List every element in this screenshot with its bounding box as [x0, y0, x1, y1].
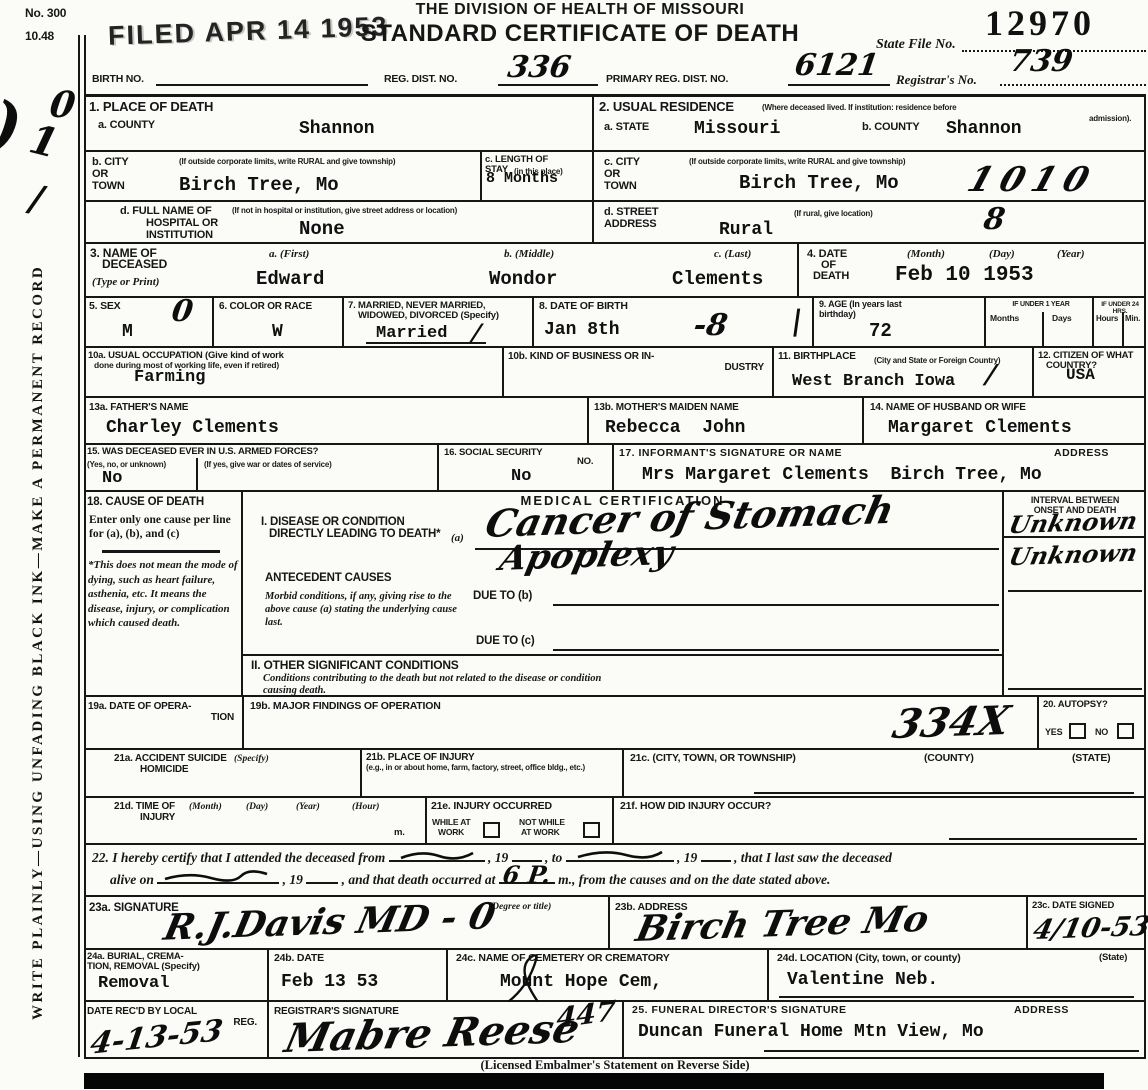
field-12-citizenship: 12. CITIZEN OF WHAT COUNTRY? USA: [1034, 348, 1146, 396]
burial-location-label: 24d. LOCATION (City, town, or county): [777, 953, 961, 965]
row-occupation-birthplace: 10a. USUAL OCCUPATION (Give kind of work…: [84, 348, 1144, 398]
funeral-director-line: [764, 1050, 1139, 1052]
autopsy-no-label: NO: [1095, 727, 1108, 737]
injury-month-label: (Month): [189, 802, 222, 814]
stay-value: 8 Months: [486, 170, 558, 187]
birth-no-label: BIRTH NO.: [92, 74, 144, 86]
certify-blank6: [306, 882, 338, 884]
primary-reg-dist-label: PRIMARY REG. DIST. NO.: [606, 74, 728, 86]
morbid-note: Morbid conditions, if any, giving rise t…: [265, 590, 477, 629]
row-forces-ssn-informant: 15. WAS DECEASED EVER IN U.S. ARMED FORC…: [84, 445, 1144, 492]
ssn-label2: NO.: [577, 457, 593, 467]
row-registrar: DATE REC'D BY LOCAL REG. 4-13-53 REGISTR…: [84, 1002, 1144, 1057]
field-21c-city-county-state: 21c. (CITY, TOWN, OR TOWNSHIP) (COUNTY) …: [624, 750, 1146, 796]
state-file-no-label: State File No.: [876, 36, 956, 54]
citizen-value: USA: [1066, 366, 1095, 384]
cause-instruction2: *This does not mean the mode of dying, s…: [88, 558, 238, 631]
city-label: b. CITY OR TOWN: [92, 156, 140, 192]
city-note: (If outside corporate limits, write RURA…: [179, 157, 429, 166]
burial-location-value: Valentine Neb.: [787, 970, 938, 990]
other-conditions-divider: [243, 654, 1002, 656]
dob-value: Jan 8th: [544, 320, 620, 340]
row-medical-certification: 18. CAUSE OF DEATH Enter only one cause …: [84, 492, 1144, 697]
dob-pen-stroke: |: [790, 304, 805, 337]
row-place-residence-top: 1. PLACE OF DEATH a. COUNTY Shannon 2. U…: [84, 97, 1144, 152]
field-5-sex: 5. SEX 0 M: [84, 298, 214, 346]
race-value: W: [272, 322, 283, 342]
row-physician-signature: 23a. SIGNATURE (Degree or title) R.J.Dav…: [84, 897, 1144, 950]
birthplace-value: West Branch Iowa: [792, 372, 955, 391]
field-2d-street: d. STREET ADDRESS (If rural, give locati…: [594, 202, 1146, 242]
usual-residence-note: (Where deceased lived. If institution: r…: [762, 103, 956, 112]
dod-year-label: (Year): [1057, 248, 1085, 262]
certify-text8: , and that death occurred at: [342, 872, 496, 887]
middle-name-value: Wondor: [489, 268, 557, 290]
interval-value2: Unknown: [1006, 538, 1140, 571]
marital-value: Married: [376, 324, 447, 343]
field-15-armed-forces: 15. WAS DECEASED EVER IN U.S. ARMED FORC…: [84, 445, 439, 490]
while-at-work-label2: WORK: [438, 828, 464, 838]
middle-name-label: b. (Middle): [504, 248, 554, 262]
due-to-c-line: [553, 649, 999, 651]
state-label: a. STATE: [604, 121, 649, 133]
certify-blank4: [701, 860, 731, 862]
marital-underline: [366, 342, 486, 344]
field-19a-date-of-operation: 19a. DATE OF OPERA- TION: [84, 697, 244, 748]
findings-label: 19b. MAJOR FINDINGS OF OPERATION: [250, 701, 441, 713]
certify-time-handwritten: 6 P.: [501, 860, 553, 889]
injury-city-line: [754, 792, 1134, 794]
field-13b-mother: 13b. MOTHER'S MAIDEN NAME Rebecca John: [589, 398, 864, 443]
certify-text5: , that I last saw the deceased: [734, 850, 892, 865]
field-22-certification: 22. I hereby certify that I attended the…: [84, 845, 1146, 895]
date-signed-handwritten: 4/10-53: [1030, 911, 1148, 946]
field-23c-date-signed: 23c. DATE SIGNED 4/10-53: [1028, 897, 1146, 948]
field-1d-hospital: d. FULL NAME OF HOSPITAL OR INSTITUTION …: [84, 202, 594, 242]
industry-label2: DUSTRY: [724, 362, 764, 373]
cause-instruction1: Enter only one cause per line for (a), (…: [89, 513, 237, 542]
residence-county-label: b. COUNTY: [862, 121, 919, 133]
field-24d-location: 24d. LOCATION (City, town, or county) (S…: [769, 950, 1146, 1000]
field-24a-burial: 24a. BURIAL, CREMA- TION, REMOVAL (Speci…: [84, 950, 269, 1000]
form-revision: 10.48: [25, 30, 54, 43]
due-to-b-label: DUE TO (b): [473, 590, 532, 603]
birthplace-label: 11. BIRTHPLACE: [778, 351, 856, 362]
age-hours-label: Hours: [1096, 314, 1118, 323]
signature-degree-note: (Degree or title): [489, 902, 551, 914]
age-under1-label: IF UNDER 1 YEAR: [988, 301, 1094, 309]
field-16-ssn: 16. SOCIAL SECURITY NO. No: [439, 445, 614, 490]
field-18-cause-instructions: 18. CAUSE OF DEATH Enter only one cause …: [84, 492, 243, 695]
field-21f-how-injury: 21f. HOW DID INJURY OCCUR?: [614, 798, 1146, 843]
pen-squiggle: [574, 848, 666, 862]
certify-blank1: [389, 860, 485, 862]
cause-of-death-handwritten2: Apoplexy: [496, 533, 677, 579]
reg-dist-label: REG. DIST. NO.: [384, 74, 457, 86]
field-13a-father: 13a. FATHER'S NAME Charley Clements: [84, 398, 589, 443]
date-signed-label: 23c. DATE SIGNED: [1032, 901, 1114, 911]
dob-pen-mark: -8: [692, 308, 730, 343]
primary-reg-dist-number: 6121: [793, 48, 881, 83]
field-3-name-of-deceased: 3. NAME OF DECEASED (Type or Print) a. (…: [84, 244, 799, 296]
accident-label: 21a. ACCIDENT SUICIDE HOMICIDE: [114, 753, 240, 775]
ssn-label1: 16. SOCIAL SECURITY: [444, 448, 542, 458]
age-min-label: Min.: [1125, 314, 1140, 323]
certify-time-blank: 6 P.: [499, 882, 555, 884]
cause-divider-line: [102, 550, 220, 553]
sex-pen-mark: 0: [170, 294, 196, 329]
informant-label: 17. INFORMANT'S SIGNATURE OR NAME: [619, 448, 842, 460]
date-received-label2: REG.: [233, 1017, 257, 1028]
field-1b-city: b. CITY OR TOWN (If outside corporate li…: [84, 152, 482, 200]
state-file-number: 12970: [985, 2, 1095, 44]
field-21a-accident: 21a. ACCIDENT SUICIDE HOMICIDE (Specify): [84, 750, 362, 796]
age-divider1: [984, 298, 986, 346]
registrars-no-label: Registrar's No.: [896, 72, 977, 88]
place-of-death-title: 1. PLACE OF DEATH: [89, 100, 213, 114]
row-time-injury: 21d. TIME OF INJURY (Month) (Day) (Year)…: [84, 798, 1144, 845]
armed-forces-divider: [196, 458, 198, 490]
informant-address-label: ADDRESS: [1054, 448, 1109, 460]
spouse-label: 14. NAME OF HUSBAND OR WIFE: [870, 402, 1026, 413]
spouse-value: Margaret Clements: [888, 418, 1072, 438]
field-11-birthplace: 11. BIRTHPLACE (City and State or Foreig…: [774, 348, 1034, 396]
antecedent-label: ANTECEDENT CAUSES: [265, 572, 391, 585]
registrars-no-line: [1000, 84, 1146, 86]
dod-label3: DEATH: [813, 270, 849, 282]
not-while-checkbox: [583, 822, 600, 838]
county-label: a. COUNTY: [98, 119, 155, 131]
how-injury-line: [949, 838, 1137, 840]
funeral-director-address-label: ADDRESS: [1014, 1005, 1069, 1017]
dob-label: 8. DATE OF BIRTH: [539, 301, 628, 313]
armed-forces-note2: (If yes, give war or dates of service): [204, 460, 332, 469]
embalmer-footer-note: (Licensed Embalmer's Statement on Revers…: [84, 1058, 1146, 1074]
burial-date-label: 24b. DATE: [274, 953, 324, 965]
last-name-label: c. (Last): [714, 248, 751, 262]
margin-instruction-text: WRITE PLAINLY—USING UNFADING BLACK INK—M…: [30, 195, 47, 1020]
while-at-work-checkbox: [483, 822, 500, 838]
armed-forces-label: 15. WAS DECEASED EVER IN U.S. ARMED FORC…: [87, 447, 318, 457]
injury-day-label: (Day): [246, 802, 268, 814]
row-city: b. CITY OR TOWN (If outside corporate li…: [84, 152, 1144, 202]
cause-title: 18. CAUSE OF DEATH: [87, 496, 204, 509]
row-hospital-street: d. FULL NAME OF HOSPITAL OR INSTITUTION …: [84, 202, 1144, 244]
row-accident-place: 21a. ACCIDENT SUICIDE HOMICIDE (Specify)…: [84, 750, 1144, 798]
last-name-value: Clements: [672, 268, 763, 290]
injury-state-label: (STATE): [1072, 753, 1110, 765]
certify-text9: m., from the causes and on the date stat…: [558, 872, 830, 887]
ssn-value: No: [511, 467, 531, 486]
department-title: THE DIVISION OF HEALTH OF MISSOURI: [300, 1, 860, 19]
field-9-age: 9. AGE (In years last birthday) 72 IF UN…: [814, 298, 1146, 346]
age-days-label: Days: [1052, 314, 1072, 324]
signature-label: 23a. SIGNATURE: [89, 902, 179, 915]
residence-city-handwritten: 1010: [963, 160, 1103, 200]
field-25-funeral-director: 25. FUNERAL DIRECTOR'S SIGNATURE ADDRESS…: [624, 1002, 1146, 1057]
field-24b-burial-date: 24b. DATE Feb 13 53: [269, 950, 448, 1000]
other-conditions-title: II. OTHER SIGNIFICANT CONDITIONS: [251, 659, 459, 672]
certify-text1: 22. I hereby certify that I attended the…: [92, 850, 385, 865]
accident-note: (Specify): [234, 754, 269, 766]
date-received-label1: DATE REC'D BY LOCAL: [87, 1006, 197, 1017]
pen-squiggle: [161, 870, 271, 884]
certify-line2: alive on , 19 , and that death occurred …: [110, 872, 1140, 888]
interval-value1: Unknown: [1006, 506, 1140, 539]
death-certificate-page: No. 300 10.48 ) 0 1 / WRITE PLAINLY—USIN…: [0, 0, 1148, 1090]
autopsy-label: 20. AUTOPSY?: [1043, 700, 1108, 710]
first-name-value: Edward: [256, 268, 324, 290]
row-operation-autopsy: 19a. DATE OF OPERA- TION 19b. MAJOR FIND…: [84, 697, 1144, 750]
scan-bottom-bar: [84, 1073, 1104, 1089]
interval-label1: INTERVAL BETWEEN: [1004, 495, 1146, 505]
pen-mark-paren: ): [0, 88, 26, 161]
residence-city-value: Birch Tree, Mo: [739, 172, 899, 194]
field-date-received: DATE REC'D BY LOCAL REG. 4-13-53: [84, 1002, 269, 1057]
funeral-director-value: Duncan Funeral Home Mtn View, Mo: [638, 1022, 984, 1042]
age-value: 72: [869, 320, 892, 342]
injury-county-label: (COUNTY): [924, 753, 974, 765]
street-handwritten: 8: [982, 202, 1008, 237]
field-1c-length-of-stay: c. LENGTH OF STAY (in this place) 8 Mont…: [482, 152, 594, 200]
certify-text6: alive on: [110, 872, 154, 887]
industry-label1: 10b. KIND OF BUSINESS OR IN-: [508, 351, 654, 362]
interval-line2: [1008, 590, 1142, 592]
burial-label2: TION, REMOVAL (Specify): [87, 962, 200, 972]
registrar-signature-handwritten: Mabre Reese: [281, 1005, 584, 1062]
street-label: d. STREET ADDRESS: [604, 206, 666, 230]
age-label: 9. AGE (In years last birthday): [819, 300, 914, 320]
injury-occurred-label: 21e. INJURY OCCURRED: [431, 801, 552, 813]
field-23b-address: 23b. ADDRESS Birch Tree Mo: [610, 897, 1028, 948]
injury-hour-label: (Hour): [352, 802, 379, 814]
birthplace-note: (City and State or Foreign Country): [874, 356, 1000, 365]
other-conditions-note: Conditions contributing to the death but…: [263, 673, 603, 697]
field-24c-cemetery: 24c. NAME OF CEMETERY OR CREMATORY Mount…: [448, 950, 769, 1000]
row-name-dod: 3. NAME OF DECEASED (Type or Print) a. (…: [84, 244, 1144, 298]
field-1-place-of-death: 1. PLACE OF DEATH a. COUNTY Shannon: [84, 97, 594, 150]
occupation-value: Farming: [134, 368, 205, 387]
injury-m-label: m.: [394, 828, 405, 838]
mother-value: Rebecca John: [605, 418, 745, 438]
not-while-label2: AT WORK: [521, 828, 560, 838]
certify-line1: 22. I hereby certify that I attended the…: [92, 850, 1140, 866]
injury-time-label: 21d. TIME OF INJURY: [114, 801, 200, 823]
dod-value: Feb 10 1953: [895, 264, 1034, 287]
operation-date-label1: 19a. DATE OF OPERA-: [88, 701, 191, 712]
interval-line3: [1008, 688, 1142, 690]
field-medical-certification: MEDICAL CERTIFICATION I. DISEASE OR COND…: [243, 492, 1004, 695]
field-2c-city: c. CITY OR TOWN (If outside corporate li…: [594, 152, 1146, 200]
primary-reg-line: [788, 84, 890, 86]
race-label: 6. COLOR OR RACE: [219, 301, 312, 312]
field-8-date-of-birth: 8. DATE OF BIRTH Jan 8th -8 |: [534, 298, 814, 346]
dod-day-label: (Day): [989, 248, 1015, 262]
informant-value: Mrs Margaret Clements Birch Tree, Mo: [642, 465, 1042, 485]
field-21b-place-of-injury: 21b. PLACE OF INJURY (e.g., in or about …: [362, 750, 624, 796]
name-title3: (Type or Print): [92, 276, 159, 290]
physician-signature-handwritten: R.J.Davis MD - 0: [160, 895, 499, 948]
row-sex-race-marital-dob-age: 5. SEX 0 M 6. COLOR OR RACE W 7. MARRIED…: [84, 298, 1144, 348]
funeral-director-label: 25. FUNERAL DIRECTOR'S SIGNATURE: [632, 1005, 847, 1017]
autopsy-no-checkbox: [1117, 723, 1134, 739]
form-number: No. 300: [25, 7, 66, 20]
father-value: Charley Clements: [106, 418, 279, 438]
burial-date-value: Feb 13 53: [281, 972, 378, 992]
field-10b-industry: 10b. KIND OF BUSINESS OR IN- DUSTRY: [504, 348, 774, 396]
mother-label: 13b. MOTHER'S MAIDEN NAME: [594, 402, 739, 413]
hospital-value: None: [299, 218, 345, 240]
field-registrar-signature: REGISTRAR'S SIGNATURE Mabre Reese 447: [269, 1002, 624, 1057]
age-divider-hours-min: [1122, 312, 1124, 346]
due-to-b-line: [553, 604, 999, 606]
field-2-usual-residence: 2. USUAL RESIDENCE (Where deceased lived…: [594, 97, 1146, 150]
burial-value: Removal: [98, 974, 169, 993]
field-7-marital-status: 7. MARRIED, NEVER MARRIED, WIDOWED, DIVO…: [344, 298, 534, 346]
usual-residence-title: 2. USUAL RESIDENCE: [599, 100, 734, 114]
hospital-note: (If not in hospital or institution, give…: [232, 206, 587, 215]
row-certify-statement: 22. I hereby certify that I attended the…: [84, 845, 1144, 897]
county-value: Shannon: [299, 119, 375, 139]
operation-date-label2: TION: [211, 712, 234, 723]
pen-mark-one: 1: [25, 115, 63, 167]
injury-place-note: (e.g., in or about home, farm, factory, …: [366, 763, 616, 772]
reg-dist-number: 336: [506, 50, 574, 85]
field-4-date-of-death: 4. DATE OF DEATH (Month) (Day) (Year) Fe…: [799, 244, 1146, 296]
certify-blank3: [566, 860, 674, 862]
sex-label: 5. SEX: [89, 301, 120, 313]
findings-handwritten: 334X: [889, 697, 1015, 748]
injury-place-label: 21b. PLACE OF INJURY: [366, 752, 474, 763]
residence-city-label: c. CITY OR TOWN: [604, 156, 652, 192]
how-injury-label: 21f. HOW DID INJURY OCCUR?: [620, 801, 771, 813]
autopsy-yes-label: YES: [1045, 727, 1062, 737]
name-title2: DECEASED: [102, 258, 167, 271]
father-label: 13a. FATHER'S NAME: [89, 402, 188, 413]
dod-month-label: (Month): [907, 248, 945, 262]
certify-text7: , 19: [283, 872, 303, 887]
registrar-pen-flourish: [468, 950, 558, 1002]
residence-city-note: (If outside corporate limits, write RURA…: [689, 157, 905, 166]
sex-value: M: [122, 322, 133, 342]
field-20-autopsy: 20. AUTOPSY? YES NO: [1039, 697, 1146, 748]
age-months-label: Months: [990, 314, 1019, 324]
injury-year-label: (Year): [296, 802, 320, 814]
certify-blank5: [157, 882, 279, 884]
certificate-title: STANDARD CERTIFICATE OF DEATH: [300, 21, 860, 47]
birth-no-blank: [156, 84, 368, 86]
burial-state-label: (State): [1099, 953, 1127, 963]
age-divider-months-days: [1042, 312, 1044, 346]
certificate-form: 1. PLACE OF DEATH a. COUNTY Shannon 2. U…: [84, 94, 1146, 1059]
field-17-informant: 17. INFORMANT'S SIGNATURE OR NAME ADDRES…: [614, 445, 1146, 490]
street-note: (If rural, give location): [794, 209, 873, 218]
injury-city-label: 21c. (CITY, TOWN, OR TOWNSHIP): [630, 753, 796, 765]
reg-dist-line: [498, 84, 598, 86]
field-6-color-race: 6. COLOR OR RACE W: [214, 298, 344, 346]
field-interval-onset-death: INTERVAL BETWEEN ONSET AND DEATH Unknown…: [1004, 492, 1146, 695]
certify-text4: , 19: [677, 850, 697, 865]
field-19b-major-findings: 19b. MAJOR FINDINGS OF OPERATION 334X: [244, 697, 1039, 748]
field-14-spouse: 14. NAME OF HUSBAND OR WIFE Margaret Cle…: [864, 398, 1146, 443]
row-parents-spouse: 13a. FATHER'S NAME Charley Clements 13b.…: [84, 398, 1144, 445]
disease-label1: I. DISEASE OR CONDITION: [261, 516, 405, 529]
residence-county-value: Shannon: [946, 119, 1022, 139]
disease-a-label: (a): [451, 532, 464, 546]
usual-residence-note2: admission).: [1089, 114, 1131, 123]
date-received-handwritten: 4-13-53: [88, 1013, 225, 1061]
field-21d-time-of-injury: 21d. TIME OF INJURY (Month) (Day) (Year)…: [84, 798, 427, 843]
state-value: Missouri: [694, 119, 780, 139]
first-name-label: a. (First): [269, 248, 309, 262]
field-10a-occupation: 10a. USUAL OCCUPATION (Give kind of work…: [84, 348, 504, 396]
registrars-number: 739: [1008, 44, 1076, 79]
pen-squiggle: [397, 848, 477, 862]
field-23a-signature: 23a. SIGNATURE (Degree or title) R.J.Dav…: [84, 897, 610, 948]
field-21e-injury-occurred: 21e. INJURY OCCURRED WHILE AT WORK NOT W…: [427, 798, 614, 843]
street-value: Rural: [719, 220, 773, 240]
registrar-number-handwritten: 447: [556, 994, 616, 1035]
armed-forces-value: No: [102, 469, 122, 488]
burial-location-line: [779, 996, 1134, 998]
autopsy-yes-checkbox: [1069, 723, 1086, 739]
due-to-c-label: DUE TO (c): [476, 635, 535, 648]
armed-forces-note1: (Yes, no, or unknown): [87, 460, 166, 469]
disease-label2: DIRECTLY LEADING TO DEATH*: [269, 528, 440, 541]
city-value: Birch Tree, Mo: [179, 174, 339, 196]
